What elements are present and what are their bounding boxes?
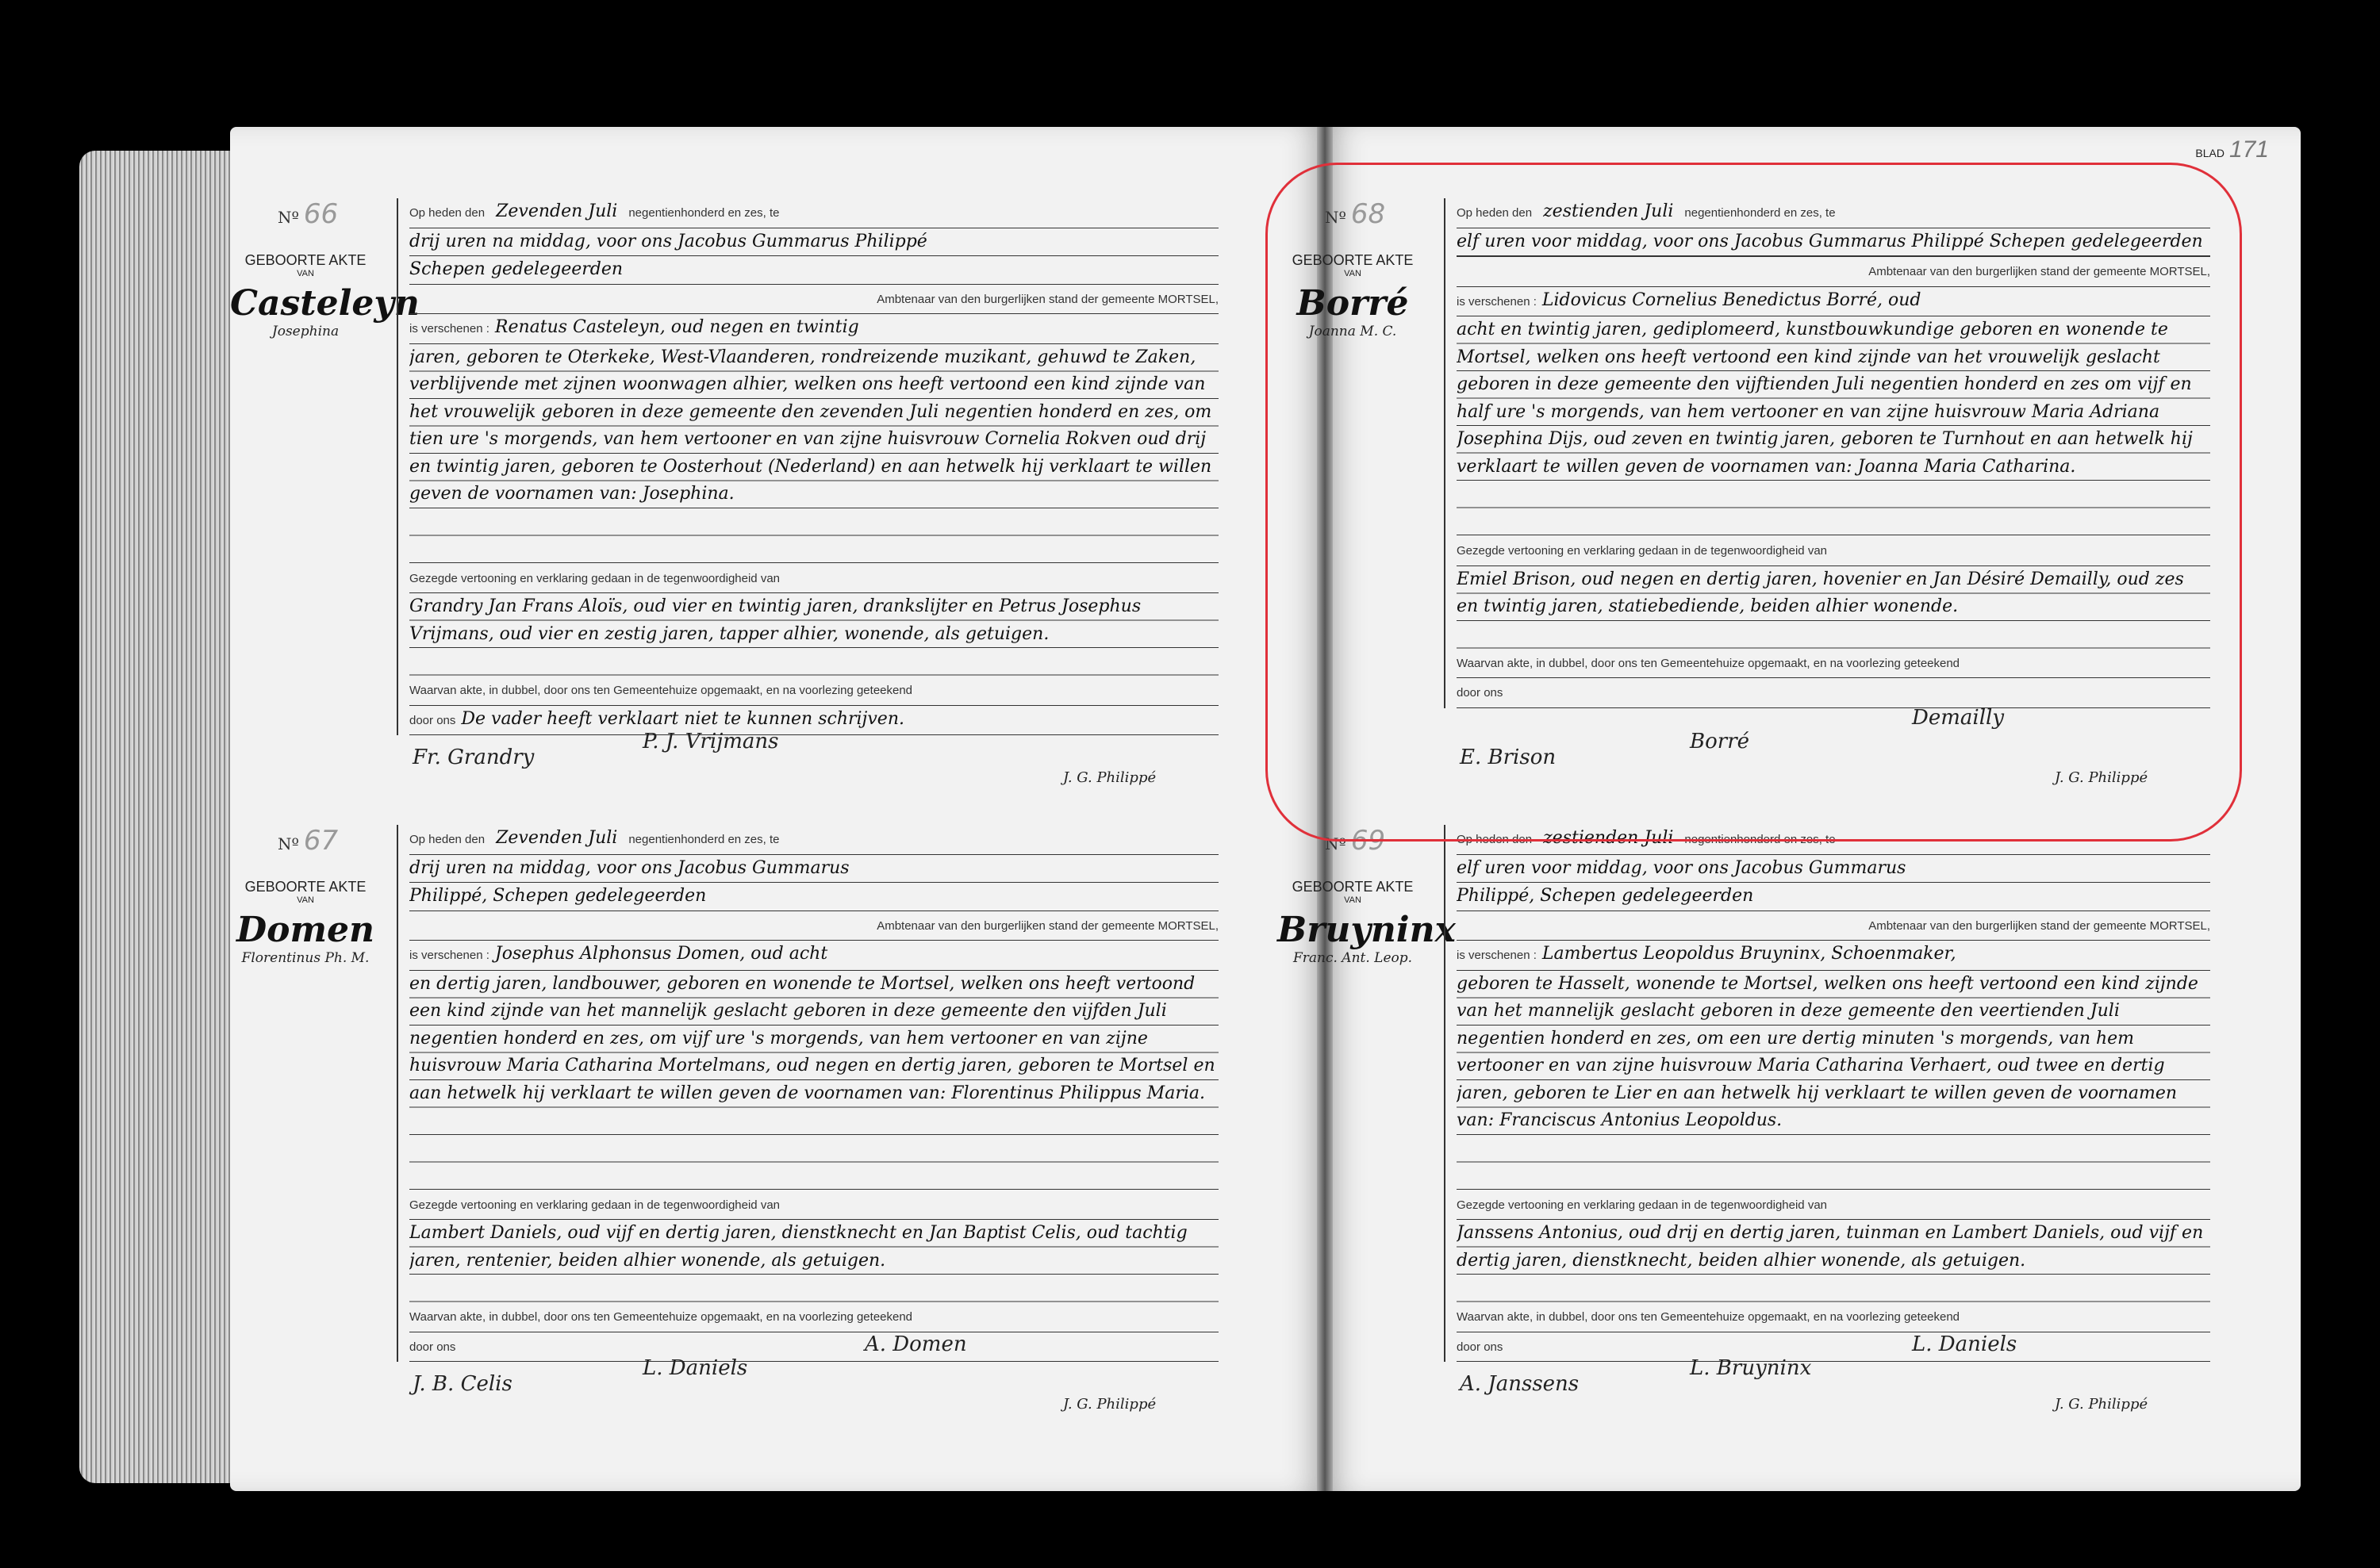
record-text: en dertig jaren, landbouwer, geboren en … <box>409 971 1219 1190</box>
highlight-circle-act-68 <box>1265 163 2242 842</box>
record-number: Nº67 <box>230 825 381 857</box>
signature: L. Bruyninx <box>1690 1356 1811 1380</box>
birth-record-66: Nº66 GEBOORTE AKTE VAN Casteleyn Josephi… <box>230 198 1238 801</box>
record-margin: Nº69 GEBOORTE AKTE VAN Bruyninx Franc. A… <box>1277 825 1428 966</box>
signature: A. Domen <box>865 1332 967 1356</box>
child-given-names: Franc. Ant. Leop. <box>1277 950 1428 966</box>
record-margin: Nº66 GEBOORTE AKTE VAN Casteleyn Josephi… <box>230 198 381 339</box>
signature: L. Daniels <box>1912 1332 2017 1356</box>
witnesses-text: Lambert Daniels, oud vijf en dertig jare… <box>409 1220 1219 1302</box>
signature: L. Daniels <box>643 1356 747 1380</box>
birth-record-69: Nº69 GEBOORTE AKTE VAN Bruyninx Franc. A… <box>1277 825 2229 1428</box>
signature: J. G. Philippé <box>1063 1396 1156 1413</box>
signature: J. G. Philippé <box>2055 1396 2148 1413</box>
signature: J. G. Philippé <box>1063 769 1156 786</box>
signature: A. Janssens <box>1460 1372 1579 1396</box>
record-body: Op heden den Zevenden Juli negentienhond… <box>397 825 1234 1362</box>
record-body: Op heden den zestienden Juli negentienho… <box>1444 825 2226 1362</box>
signature: P. J. Vrijmans <box>643 730 779 753</box>
record-text: jaren, geboren te Oterkeke, West-Vlaande… <box>409 344 1219 564</box>
child-given-names: Florentinus Ph. M. <box>230 950 381 966</box>
witnesses-text: Janssens Antonius, oud drij en dertig ja… <box>1457 1220 2210 1302</box>
record-number: Nº66 <box>230 198 381 230</box>
child-given-names: Josephina <box>230 324 381 339</box>
record-text: geboren te Hasselt, wonende te Mortsel, … <box>1457 971 2210 1190</box>
record-margin: Nº67 GEBOORTE AKTE VAN Domen Florentinus… <box>230 825 381 966</box>
record-body: Op heden den Zevenden Juli negentienhond… <box>397 198 1234 735</box>
birth-record-67: Nº67 GEBOORTE AKTE VAN Domen Florentinus… <box>230 825 1238 1428</box>
page-number: BLAD171 <box>2195 136 2269 163</box>
page-edges <box>79 151 238 1483</box>
child-surname: Casteleyn <box>230 283 381 324</box>
child-surname: Bruyninx <box>1277 910 1428 950</box>
signature: J. B. Celis <box>413 1372 512 1396</box>
signature: Fr. Grandry <box>413 746 534 769</box>
record-type: GEBOORTE AKTE <box>230 252 381 269</box>
record-type: GEBOORTE AKTE <box>230 879 381 895</box>
record-type: GEBOORTE AKTE <box>1277 879 1428 895</box>
child-surname: Domen <box>230 910 381 950</box>
witnesses-text: Grandry Jan Frans Aloïs, oud vier en twi… <box>409 593 1219 676</box>
